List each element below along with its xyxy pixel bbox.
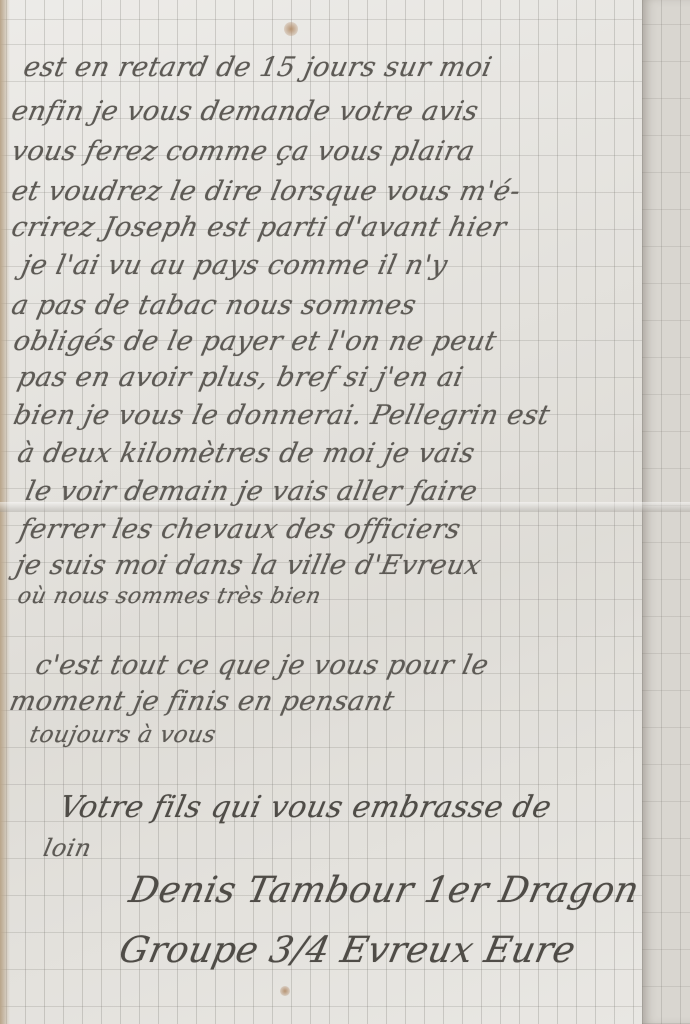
- body-line: est en retard de 15 jours sur moi: [21, 52, 495, 83]
- body-line: je suis moi dans la ville d'Evreux: [13, 550, 484, 581]
- body-line: ferrer les chevaux des officiers: [17, 514, 464, 545]
- signature-line: loin: [41, 834, 94, 862]
- closing-line: toujours à vous: [27, 722, 218, 748]
- body-line: et voudrez le dire lorsque vous m'é-: [9, 176, 524, 207]
- body-line: obligés de le payer et l'on ne peut: [11, 326, 500, 357]
- body-line: enfin je vous demande votre avis: [9, 96, 482, 127]
- body-line: le voir demain je vais aller faire: [23, 476, 481, 507]
- letter-photo: est en retard de 15 jours sur moi enfin …: [0, 0, 690, 1024]
- body-line: où nous sommes très bien: [15, 584, 323, 609]
- letter-text: est en retard de 15 jours sur moi enfin …: [0, 0, 642, 1024]
- body-line: a pas de tabac nous sommes: [9, 290, 420, 321]
- body-line: pas en avoir plus, bref si j'en ai: [15, 362, 467, 393]
- body-line: crirez Joseph est parti d'avant hier: [9, 212, 510, 243]
- closing-line: c'est tout ce que je vous pour le: [33, 650, 492, 681]
- adjacent-page-edge: [642, 0, 690, 1024]
- body-line: à deux kilomètres de moi je vais: [15, 438, 478, 469]
- signature-line: Votre fils qui vous embrasse de: [56, 790, 554, 825]
- body-line: bien je vous le donnerai. Pellegrin est: [11, 400, 553, 431]
- signature-address: Groupe 3/4 Evreux Eure: [116, 930, 580, 971]
- closing-line: moment je finis en pensant: [7, 686, 398, 717]
- body-line: vous ferez comme ça vous plaira: [9, 136, 478, 167]
- signature-name: Denis Tambour 1er Dragon: [126, 870, 643, 911]
- body-line: je l'ai vu au pays comme il n'y: [19, 250, 451, 281]
